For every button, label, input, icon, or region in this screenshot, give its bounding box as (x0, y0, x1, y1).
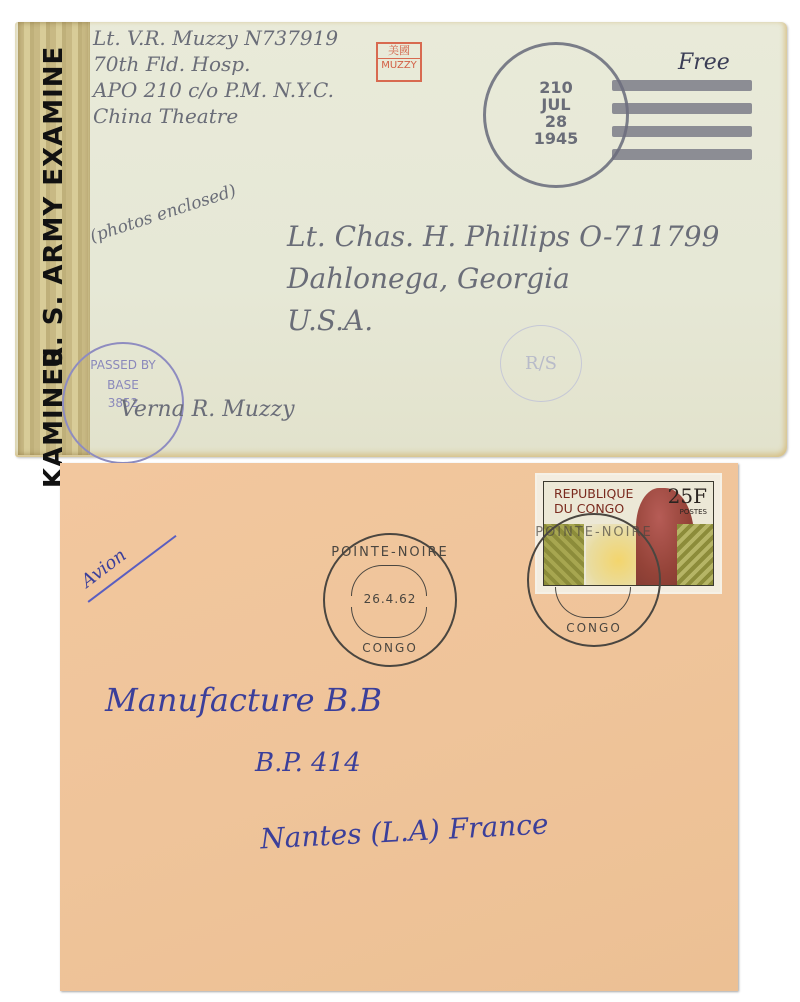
censor-handstamp-line-1: PASSED BY (64, 358, 182, 372)
censor-handstamp-line-2: BASE (64, 378, 182, 392)
sender-line-2: 70th Fld. Hosp. (93, 52, 250, 76)
stamp-pattern-right (677, 524, 713, 585)
chop-seal-name: MUZZY (378, 59, 420, 73)
wwii-army-cover-envelope: U. S. ARMY EXAMINE KAMINER Lt. V.R. Muzz… (15, 22, 787, 457)
pointe-noire-cancel-on-stamp: POINTE-NOIRE CONGO (527, 513, 661, 647)
postmark-apo: 210 (486, 79, 626, 96)
postmark-month: JUL (486, 96, 626, 113)
postmark-killer-bars (612, 80, 752, 172)
postmark-date: 210 JUL 28 1945 (486, 79, 626, 147)
stamp-title-line-1: REPUBLIQUE (554, 486, 633, 501)
recipient-line-2: Dahlonega, Georgia (287, 262, 570, 295)
recipient-line-3: U.S.A. (287, 304, 373, 337)
recipient-line-3: Nantes (L.A) France (259, 807, 549, 855)
censor-tape-text: U. S. ARMY EXAMINE (39, 46, 69, 369)
recipient-line-1: Lt. Chas. H. Phillips O-711799 (287, 220, 719, 253)
recipient-line-2: B.P. 414 (255, 748, 361, 778)
free-frank-text: Free (678, 50, 730, 75)
postmark-date: 26.4.62 (325, 592, 455, 606)
postmark-arc (555, 587, 631, 618)
postmark-country: CONGO (325, 641, 455, 655)
postmark-town: POINTE-NOIRE (325, 545, 455, 560)
postmark-country: CONGO (529, 621, 659, 635)
chop-seal-characters: 美國 (378, 44, 420, 59)
postmark-year: 1945 (486, 130, 626, 147)
postmark-town: POINTE-NOIRE (529, 525, 659, 540)
stamp-postes-label: POSTES (680, 508, 707, 516)
stamp-value: 25F (668, 484, 707, 508)
stamp-title: REPUBLIQUE DU CONGO (554, 486, 633, 516)
sender-line-1: Lt. V.R. Muzzy N737919 (93, 26, 338, 50)
postmark-day: 28 (486, 113, 626, 130)
postmark-arc (351, 607, 427, 638)
faint-rs-handstamp: R/S (500, 325, 582, 402)
censor-signature: Verna R. Muzzy (120, 397, 295, 422)
sender-line-3: APO 210 c/o P.M. N.Y.C. (93, 78, 334, 102)
sender-line-4: China Theatre (93, 104, 238, 128)
avion-airmail-note: Avion (77, 545, 130, 592)
recipient-line-1: Manufacture B.B (105, 681, 382, 719)
chop-seal-stamp: 美國 MUZZY (376, 42, 422, 82)
pointe-noire-postmark: POINTE-NOIRE 26.4.62 CONGO (323, 533, 457, 667)
army-postal-service-postmark: 210 JUL 28 1945 (483, 42, 629, 188)
congo-airmail-cover-envelope: Avion POINTE-NOIRE 26.4.62 CONGO REPUBLI… (60, 463, 738, 991)
photos-enclosed-note: (photos enclosed) (88, 181, 239, 247)
